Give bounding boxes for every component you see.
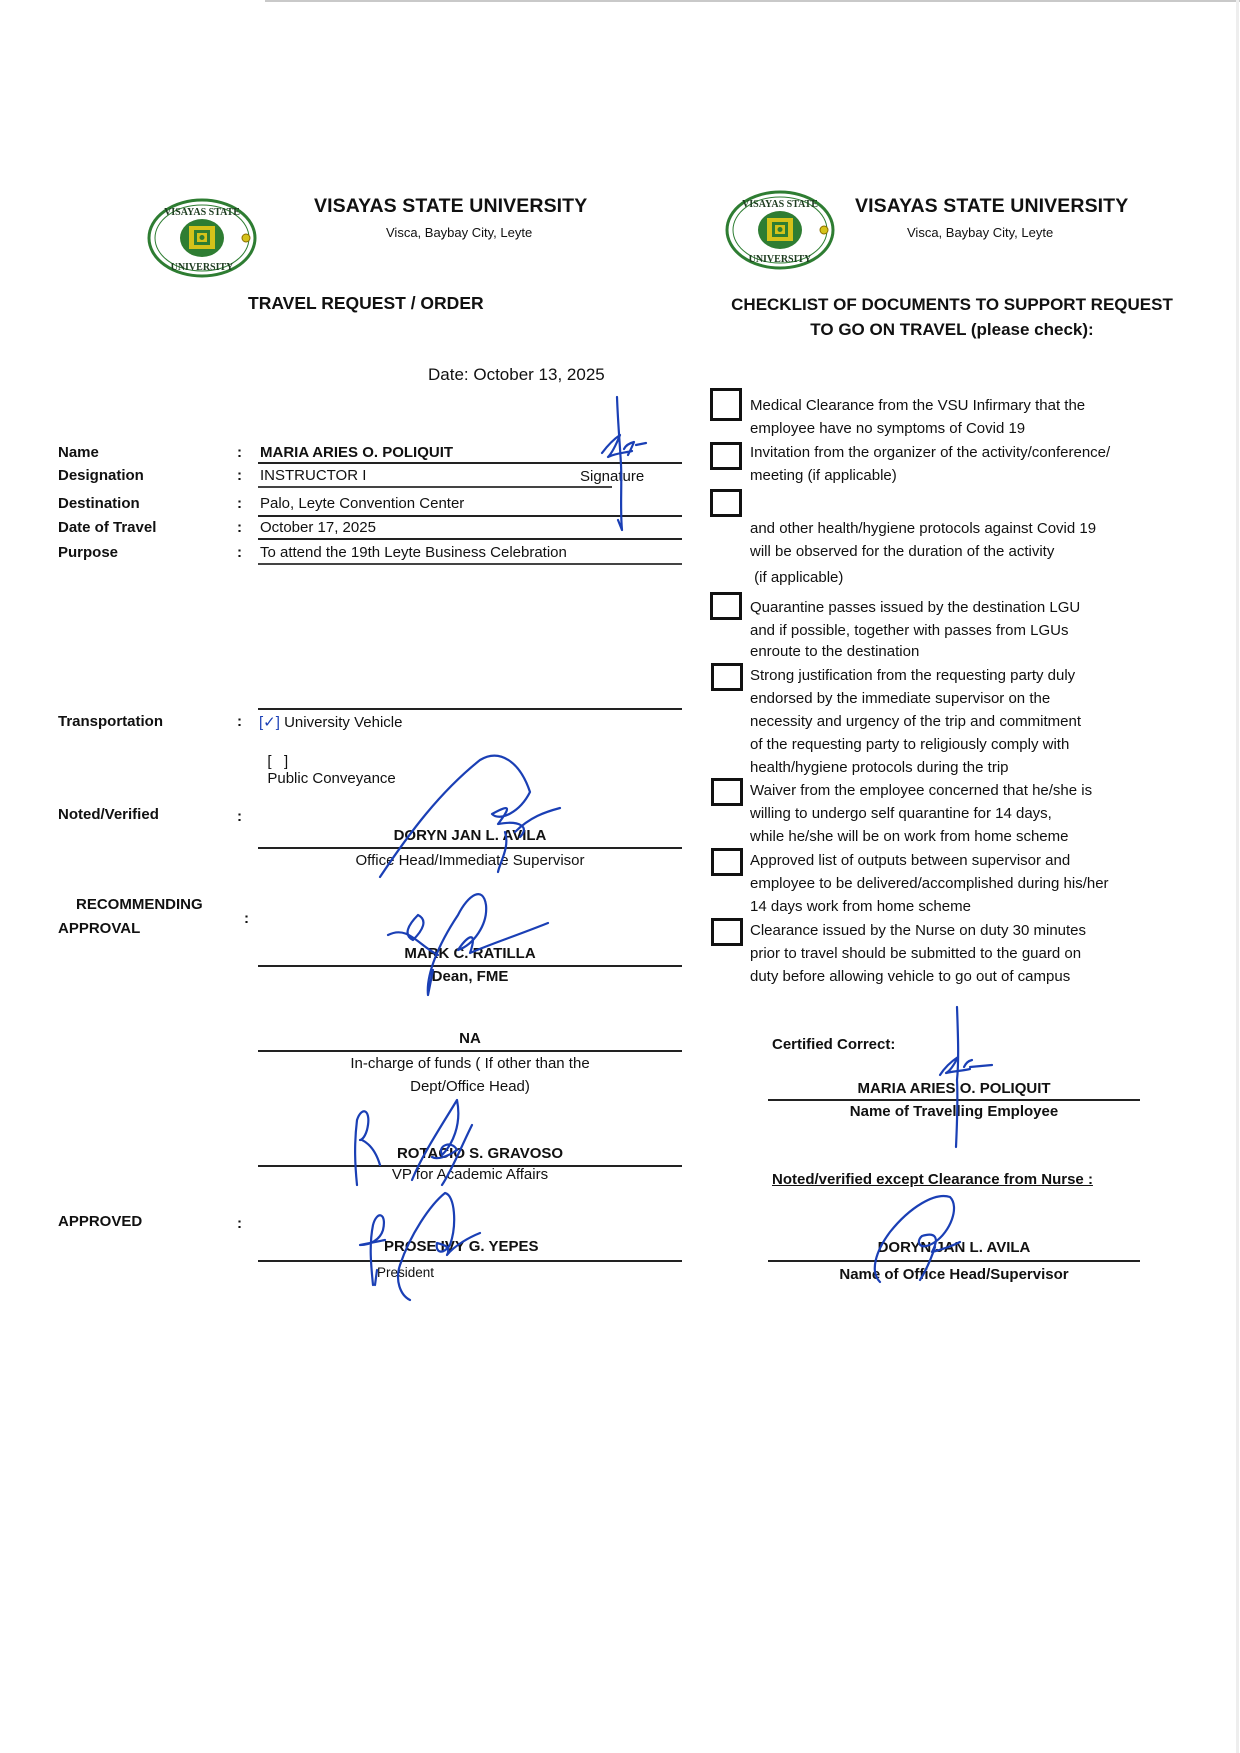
checkbox-nurse-clearance[interactable] bbox=[711, 918, 743, 946]
recommending-label-line1: RECOMMENDING bbox=[76, 896, 203, 913]
checklist-line: will be observed for the duration of the… bbox=[750, 540, 1096, 563]
checklist-item-invitation: Invitation from the organizer of the act… bbox=[750, 441, 1110, 487]
recommending-title: Dean, FME bbox=[258, 968, 682, 985]
travel-request-title: TRAVEL REQUEST / ORDER bbox=[248, 293, 484, 314]
checklist-line: (if applicable) bbox=[750, 566, 1096, 589]
checklist-item-approved-outputs: Approved list of outputs between supervi… bbox=[750, 849, 1109, 918]
travelling-employee-line bbox=[768, 1099, 1140, 1101]
field-value-destination: Palo, Leyte Convention Center bbox=[260, 495, 464, 512]
checklist-line: 14 days work from home scheme bbox=[750, 895, 1109, 918]
noted-verified-label: Noted/Verified bbox=[58, 806, 159, 823]
checklist-line: duty before allowing vehicle to go out o… bbox=[750, 965, 1086, 988]
checklist-line: Invitation from the organizer of the act… bbox=[750, 441, 1110, 464]
colon: : bbox=[237, 467, 242, 484]
checkbox-checked-icon[interactable]: [✓] bbox=[259, 714, 280, 731]
recommending-line bbox=[258, 965, 682, 967]
field-label-designation: Designation bbox=[58, 467, 144, 484]
option-label: Public Conveyance bbox=[267, 770, 395, 787]
university-name: VISAYAS STATE UNIVERSITY bbox=[314, 195, 587, 218]
travelling-employee-name: MARIA ARIES O. POLIQUIT bbox=[768, 1080, 1140, 1097]
transportation-top-line bbox=[258, 708, 682, 710]
university-seal-icon: VISAYAS STATE UNIVERSITY bbox=[724, 189, 836, 271]
designation-underline bbox=[258, 486, 612, 488]
checkbox-empty-icon[interactable]: [ ] bbox=[267, 753, 288, 770]
option-public-conveyance[interactable]: [ ] Public Conveyance bbox=[259, 736, 396, 787]
colon: : bbox=[237, 444, 242, 461]
purpose-underline bbox=[258, 563, 682, 565]
checklist-line: endorsed by the immediate supervisor on … bbox=[750, 687, 1081, 710]
checkbox-strong-justification[interactable] bbox=[711, 663, 743, 691]
checklist-line: enroute to the destination bbox=[750, 640, 1080, 663]
checklist-line: prior to travel should be submitted to t… bbox=[750, 942, 1086, 965]
office-head-line bbox=[768, 1260, 1140, 1262]
checklist-line: Approved list of outputs between supervi… bbox=[750, 849, 1109, 872]
university-address: Visca, Baybay City, Leyte bbox=[907, 225, 1053, 240]
checklist-line: willing to undergo self quarantine for 1… bbox=[750, 802, 1092, 825]
noted-verified-name: DORYN JAN L. AVILA bbox=[258, 827, 682, 844]
checklist-title: CHECKLIST OF DOCUMENTS TO SUPPORT REQUES… bbox=[712, 292, 1192, 342]
checkbox-waiver[interactable] bbox=[711, 778, 743, 806]
noted-verified-line bbox=[258, 847, 682, 849]
travelling-employee-title: Name of Travelling Employee bbox=[768, 1103, 1140, 1120]
vp-name: ROTACIO S. GRAVOSO bbox=[258, 1145, 682, 1162]
approved-label: APPROVED bbox=[58, 1213, 142, 1230]
field-value-purpose: To attend the 19th Leyte Business Celebr… bbox=[260, 544, 567, 561]
university-address: Visca, Baybay City, Leyte bbox=[386, 225, 532, 240]
scan-edge bbox=[265, 0, 1240, 2]
colon: : bbox=[237, 1215, 242, 1232]
university-seal-icon: VISAYAS STATE UNIVERSITY bbox=[146, 197, 258, 279]
approved-line bbox=[258, 1260, 682, 1262]
name-underline bbox=[258, 462, 682, 464]
checklist-line: employee have no symptoms of Covid 19 bbox=[750, 417, 1085, 440]
svg-text:UNIVERSITY: UNIVERSITY bbox=[171, 262, 235, 273]
checklist-item-strong-justification: Strong justification from the requesting… bbox=[750, 664, 1081, 779]
field-value-date-of-travel: October 17, 2025 bbox=[260, 519, 376, 536]
checkbox-health-protocols[interactable] bbox=[710, 489, 742, 517]
recommending-label-line2: APPROVAL bbox=[58, 920, 140, 937]
request-date: Date: October 13, 2025 bbox=[428, 365, 605, 385]
checklist-item-quarantine-passes: Quarantine passes issued by the destinat… bbox=[750, 596, 1080, 663]
certified-correct-label: Certified Correct: bbox=[772, 1036, 895, 1053]
checklist-title-line2: TO GO ON TRAVEL (please check): bbox=[712, 317, 1192, 342]
checkbox-medical-clearance[interactable] bbox=[710, 388, 742, 421]
recommending-name: MARK C. RATILLA bbox=[258, 945, 682, 962]
checklist-item-waiver: Waiver from the employee concerned that … bbox=[750, 779, 1092, 848]
funds-title-line2: Dept/Office Head) bbox=[258, 1078, 682, 1095]
checkbox-invitation[interactable] bbox=[710, 442, 742, 470]
option-label: University Vehicle bbox=[284, 714, 402, 731]
checkbox-quarantine-passes[interactable] bbox=[710, 592, 742, 620]
funds-title-line1: In-charge of funds ( If other than the bbox=[258, 1055, 682, 1072]
checklist-line: employee to be delivered/accomplished du… bbox=[750, 872, 1109, 895]
university-name: VISAYAS STATE UNIVERSITY bbox=[855, 195, 1128, 218]
funds-line bbox=[258, 1050, 682, 1052]
checklist-line: Quarantine passes issued by the destinat… bbox=[750, 596, 1080, 619]
checklist-line: necessity and urgency of the trip and co… bbox=[750, 710, 1081, 733]
date-of-travel-underline bbox=[258, 538, 682, 540]
checklist-line: and if possible, together with passes fr… bbox=[750, 619, 1080, 642]
approved-name: PROSE IVY G. YEPES bbox=[384, 1238, 539, 1255]
signature-label: Signature bbox=[580, 468, 644, 485]
field-label-destination: Destination bbox=[58, 495, 140, 512]
approved-title: President bbox=[377, 1265, 434, 1280]
scan-edge-right bbox=[1236, 0, 1239, 1753]
checklist-line: and other health/hygiene protocols again… bbox=[750, 517, 1096, 540]
transportation-label: Transportation bbox=[58, 713, 163, 730]
svg-text:VISAYAS STATE: VISAYAS STATE bbox=[742, 199, 818, 210]
checklist-line: Clearance issued by the Nurse on duty 30… bbox=[750, 919, 1086, 942]
vp-title: VP for Academic Affairs bbox=[258, 1166, 682, 1183]
colon: : bbox=[237, 544, 242, 561]
checklist-line: while he/she will be on work from home s… bbox=[750, 825, 1092, 848]
destination-underline bbox=[258, 515, 682, 517]
checklist-line: Medical Clearance from the VSU Infirmary… bbox=[750, 394, 1085, 417]
funds-name: NA bbox=[258, 1030, 682, 1047]
checklist-line: health/hygiene protocols during the trip bbox=[750, 756, 1081, 779]
office-head-name: DORYN JAN L. AVILA bbox=[768, 1239, 1140, 1256]
colon: : bbox=[244, 910, 249, 927]
colon: : bbox=[237, 495, 242, 512]
colon: : bbox=[237, 713, 242, 730]
checklist-line: of the requesting party to religiously c… bbox=[750, 733, 1081, 756]
field-value-name: MARIA ARIES O. POLIQUIT bbox=[260, 444, 453, 461]
checkbox-approved-outputs[interactable] bbox=[711, 848, 743, 876]
checklist-item-health-protocols: and other health/hygiene protocols again… bbox=[750, 517, 1096, 589]
colon: : bbox=[237, 808, 242, 825]
office-head-title: Name of Office Head/Supervisor bbox=[768, 1266, 1140, 1283]
colon: : bbox=[237, 519, 242, 536]
checklist-title-line1: CHECKLIST OF DOCUMENTS TO SUPPORT REQUES… bbox=[712, 292, 1192, 317]
checklist-line: meeting (if applicable) bbox=[750, 464, 1110, 487]
field-label-name: Name bbox=[58, 444, 99, 461]
field-label-date-of-travel: Date of Travel bbox=[58, 519, 156, 536]
field-value-designation: INSTRUCTOR I bbox=[260, 467, 366, 484]
svg-text:VISAYAS STATE: VISAYAS STATE bbox=[164, 207, 240, 218]
checklist-line: Waiver from the employee concerned that … bbox=[750, 779, 1092, 802]
field-label-purpose: Purpose bbox=[58, 544, 118, 561]
svg-text:UNIVERSITY: UNIVERSITY bbox=[749, 254, 813, 265]
checklist-item-nurse-clearance: Clearance issued by the Nurse on duty 30… bbox=[750, 919, 1086, 988]
noted-verified-title: Office Head/Immediate Supervisor bbox=[258, 852, 682, 869]
checklist-line: Strong justification from the requesting… bbox=[750, 664, 1081, 687]
noted-except-nurse-label: Noted/verified except Clearance from Nur… bbox=[772, 1171, 1093, 1188]
checklist-item-medical-clearance: Medical Clearance from the VSU Infirmary… bbox=[750, 394, 1085, 440]
option-university-vehicle[interactable]: [✓] University Vehicle bbox=[259, 713, 402, 731]
